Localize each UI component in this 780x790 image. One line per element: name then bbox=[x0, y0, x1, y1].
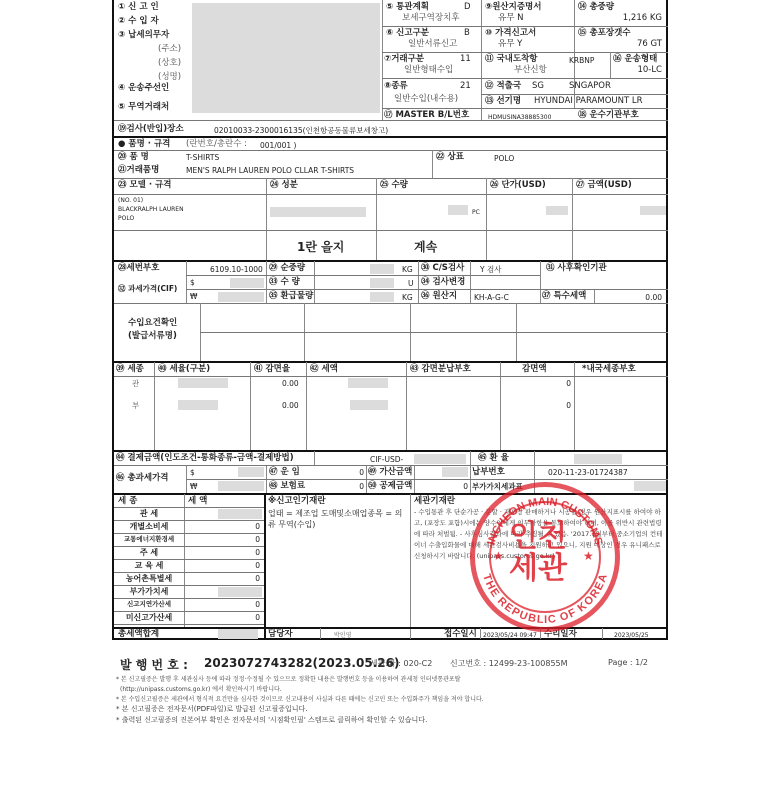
continued-label-2: 계속 bbox=[414, 240, 437, 254]
trade-type-value: 일반형태수입 bbox=[404, 65, 453, 76]
export-country-label: ⑫ 적출국 bbox=[485, 81, 521, 92]
summary-row-type: 교 육 세 bbox=[116, 560, 182, 571]
col-model: ㉓ 모델 · 규격 bbox=[118, 180, 171, 191]
freight-value: 0 bbox=[344, 467, 364, 478]
requirement-sub: (발급서류명) bbox=[128, 331, 177, 342]
trader-label: ⑤ 무역거래처 bbox=[118, 102, 169, 113]
currency-usd: $ bbox=[190, 277, 195, 288]
quantity-label: ㉝ 수 량 bbox=[269, 277, 300, 288]
redacted-krw bbox=[218, 481, 264, 491]
summary-row-amount: 0 bbox=[188, 599, 260, 610]
declarant-note: 업태 = 제조업 도매및소매업종목 = 의류 무역(수입) bbox=[268, 508, 408, 530]
footer-note: * 본 수입신고필증은 세관에서 형식적 요건만을 심사한 것이므로 신고내용이… bbox=[116, 694, 484, 703]
requirement-label: 수입요건확인 bbox=[128, 318, 177, 329]
decl-type-value: 일반서류신고 bbox=[408, 39, 457, 50]
redacted-rate bbox=[178, 378, 228, 388]
summary-row-amount: 0 bbox=[188, 612, 260, 623]
redacted-unit-price bbox=[546, 206, 568, 215]
freight-label: ㊼ 운 임 bbox=[269, 467, 300, 478]
trade-name-label: ㉑거래품명 bbox=[118, 165, 159, 176]
vessel-label: ⑬ 선기명 bbox=[485, 96, 521, 107]
issue-label: 발 행 번 호 : bbox=[120, 656, 188, 673]
redacted-addition bbox=[442, 467, 468, 477]
duty-row-reduction-rate: 0.00 bbox=[282, 378, 299, 389]
packages-label: ⑮ 총포장갯수 bbox=[578, 28, 631, 39]
cs-value: Y 검사 bbox=[480, 264, 501, 275]
redacted-exchange-rate bbox=[574, 454, 622, 464]
model-line: (NO. 01) bbox=[118, 196, 143, 205]
customs-seal-stamp: INCHEON MAIN CUSTOMS THE REPUBLIC OF KOR… bbox=[470, 482, 620, 632]
address-label: (주소) bbox=[158, 44, 181, 55]
duty-row-type: 관 bbox=[132, 378, 139, 389]
decl-number: 신고번호 : 12499-23-100855M bbox=[450, 658, 568, 669]
deduction-value: 0 bbox=[448, 481, 468, 492]
received-label: 접수일시 bbox=[444, 629, 477, 640]
declarant-note-label: ※신고인기재란 bbox=[268, 496, 326, 507]
redacted-qty bbox=[448, 205, 468, 215]
export-country-code: SG bbox=[532, 81, 544, 92]
redacted-tax-amount bbox=[350, 400, 388, 410]
stamp-center-line-2: 세관 bbox=[509, 553, 567, 585]
item-section-sub: (란번호/총란수 : bbox=[186, 139, 247, 150]
transport-label: ⑯ 운송형태 bbox=[613, 54, 657, 65]
duty-row-reduction-amount: 0 bbox=[554, 378, 571, 389]
decl-type-code: B bbox=[464, 28, 470, 39]
decl-type-label: ⑥ 신고구분 bbox=[386, 28, 429, 39]
footer-note: * 본 신고필증은 발행 후 세관심사 등에 따라 정정·수정될 수 있으므로 … bbox=[116, 674, 461, 683]
col-unit-price: ㉖ 단가(USD) bbox=[490, 180, 546, 191]
col-internal-code: *내국세종부호 bbox=[582, 364, 636, 375]
settlement-value: CIF-USD- bbox=[370, 454, 403, 465]
price-decl-value: 유무 Y bbox=[498, 39, 522, 50]
quantity-unit: U bbox=[408, 278, 414, 289]
net-weight-label: ㉙ 순중량 bbox=[269, 263, 305, 274]
forwarder-label: ④ 운송주선인 bbox=[118, 83, 169, 94]
summary-row-type: 관 세 bbox=[116, 508, 182, 519]
model-line: POLO bbox=[118, 214, 134, 223]
clearance-plan-label: ⑤ 통관계획 bbox=[386, 2, 429, 13]
total-tax-label: 총세액합계 bbox=[118, 629, 159, 640]
summary-row-type: 농어촌특별세 bbox=[116, 573, 182, 584]
inspection-value: 02010033-2300016135(인천항공동물류보세창고) bbox=[214, 125, 388, 136]
hs-value: 6109.10-1000 bbox=[210, 264, 263, 275]
footer-note: (http://unipass.customs.go.kr) 에서 확인하시기 … bbox=[120, 684, 282, 693]
insurance-label: ㊽ 보험료 bbox=[269, 481, 305, 492]
post-check-label: ㉛ 사후확인기관 bbox=[546, 263, 607, 274]
footer-note: * 출력된 신고필증의 진본여부 확인은 전자문서의 '시점확인필' 스템프로 … bbox=[116, 715, 427, 725]
importer-label: ② 수 입 자 bbox=[118, 16, 159, 27]
gross-weight-label: ⑭ 총중량 bbox=[578, 2, 614, 13]
item-name-value: T-SHIRTS bbox=[186, 152, 219, 163]
brand-value: POLO bbox=[494, 153, 514, 164]
redacted-usd bbox=[238, 467, 264, 477]
currency-usd: $ bbox=[190, 467, 195, 478]
summary-row-type: 교통에너지환경세 bbox=[116, 534, 182, 545]
qty-unit: PC bbox=[472, 207, 480, 218]
taxable-price-label: ㉜ 과세가격(CIF) bbox=[118, 283, 177, 294]
col-summary-type: 세 종 bbox=[118, 496, 137, 507]
redacted-rate bbox=[178, 400, 218, 410]
payment-no-value: 020-11-23-01724387 bbox=[548, 467, 628, 478]
special-tax-label: ㊲ 특수세액 bbox=[542, 291, 586, 302]
hs-label: ㉘세번부호 bbox=[118, 263, 159, 274]
col-tax-type: ㊴ 세종 bbox=[116, 364, 144, 375]
accepted-value: 2023/05/25 bbox=[614, 630, 649, 641]
packages-value: 76 GT bbox=[637, 39, 662, 50]
summary-row-type: 부가가치세 bbox=[116, 586, 182, 597]
summary-row-type: 미신고가산세 bbox=[116, 612, 182, 623]
footer-note: * 본 신고필증은 전자문서(PDF파일)로 발급된 신고필증입니다. bbox=[116, 704, 307, 714]
customs-note-label: 세관기재란 bbox=[414, 496, 455, 507]
redacted-component bbox=[270, 207, 366, 217]
trade-name-value: MEN'S RALPH LAUREN POLO CLLAR T-SHIRTS bbox=[186, 165, 354, 176]
redacted-krw bbox=[218, 292, 264, 302]
duty-row-type: 부 bbox=[132, 400, 139, 411]
redacted-tax-amount bbox=[348, 378, 388, 388]
redacted-party-info bbox=[192, 3, 380, 113]
origin-value: KH-A-G-C bbox=[474, 292, 509, 303]
master-bl-value: HDMUSINA38885300 bbox=[488, 112, 551, 123]
col-rate: ㊵ 세율(구분) bbox=[158, 364, 210, 375]
exchange-label: ㊺ 환 율 bbox=[478, 453, 509, 464]
clearance-plan-code: D bbox=[464, 2, 471, 13]
stamp-center-line-1: 인천 bbox=[509, 521, 567, 553]
insurance-value: 0 bbox=[344, 481, 364, 492]
officer-value: 박인영 bbox=[334, 630, 351, 641]
gross-weight-value: 1,216 KG bbox=[623, 13, 662, 24]
kind-label: ⑧종류 bbox=[384, 81, 408, 92]
model-line: BLACKRALPH LAUREN bbox=[118, 205, 184, 214]
currency-krw: ₩ bbox=[190, 481, 197, 492]
company-label: (상호) bbox=[158, 58, 181, 69]
item-name-label: ⑳ 품 명 bbox=[118, 152, 149, 163]
col-reduction-rate: ㊶ 감면율 bbox=[254, 364, 290, 375]
summary-row-amount: 0 bbox=[188, 547, 260, 558]
redacted-usd bbox=[230, 278, 264, 288]
customs-office: 세관.과 : 020-C2 bbox=[370, 658, 432, 669]
redacted-vat-base bbox=[634, 481, 666, 491]
cs-label: ㉚ C/S검사 bbox=[421, 263, 464, 274]
price-decl-label: ⑩ 가격신고서 bbox=[485, 28, 536, 39]
addition-label: ㊾ 가산금액 bbox=[368, 467, 412, 478]
trade-type-label: ⑦거래구분 bbox=[384, 54, 424, 65]
redacted-summary-amount bbox=[218, 587, 262, 597]
payment-no-label: 납부번호 bbox=[472, 467, 505, 478]
col-tax-amount: ㊷ 세액 bbox=[310, 364, 338, 375]
received-value: 2023/05/24 09:47 bbox=[483, 630, 537, 641]
redacted-net-weight bbox=[370, 264, 394, 274]
trade-type-code: 11 bbox=[460, 54, 471, 65]
stamp-star-icon: ★ bbox=[493, 549, 504, 563]
summary-row-amount: 0 bbox=[188, 521, 260, 532]
summary-row-type: 개별소비세 bbox=[116, 521, 182, 532]
redacted-amount bbox=[640, 206, 666, 215]
redacted-total-tax bbox=[218, 629, 258, 639]
origin-cert-value: 유무 N bbox=[498, 13, 523, 24]
settlement-label: ㊹ 결제금액(인도조건-통화종류-금액-결제방법) bbox=[116, 453, 294, 464]
transport-value: 10-LC bbox=[637, 65, 662, 76]
vessel-value: HYUNDAI PARAMOUNT LR bbox=[534, 96, 643, 107]
summary-row-amount: 0 bbox=[188, 573, 260, 584]
currency-krw: ₩ bbox=[190, 291, 197, 302]
brand-label: ㉒ 상표 bbox=[436, 152, 464, 163]
arrival-port-code: KRBNP bbox=[569, 55, 594, 66]
special-tax-value: 0.00 bbox=[645, 292, 662, 303]
refund-label: ㉟ 환급물량 bbox=[269, 291, 313, 302]
redacted-summary-amount bbox=[218, 509, 262, 519]
summary-row-type: 주 세 bbox=[116, 547, 182, 558]
col-component: ㉔ 성분 bbox=[270, 180, 298, 191]
col-reduction-amount: 감면액 bbox=[522, 364, 547, 375]
duty-row-reduction-rate: 0.00 bbox=[282, 400, 299, 411]
inspection-label: ⑲검사(반입)장소 bbox=[118, 124, 184, 135]
declarant-label: ① 신 고 인 bbox=[118, 2, 159, 13]
col-amount: ㉗ 금액(USD) bbox=[576, 180, 632, 191]
inspection-change-label: ㉞ 검사변경 bbox=[421, 277, 465, 288]
clearance-plan-value: 보세구역장치후 bbox=[402, 13, 459, 24]
name-label: (성명) bbox=[158, 72, 181, 83]
col-summary-amount: 세 액 bbox=[188, 496, 207, 507]
net-weight-unit: KG bbox=[402, 264, 413, 275]
summary-row-amount: 0 bbox=[188, 560, 260, 571]
col-qty: ㉕ 수량 bbox=[380, 180, 408, 191]
origin-cert-label: ⑨원산지증명서 bbox=[485, 2, 541, 13]
taxpayer-label: ③ 납세의무자 bbox=[118, 30, 169, 41]
item-section-label: ● 품명 · 규격 bbox=[118, 139, 170, 150]
redacted-refund bbox=[370, 292, 394, 302]
arrival-port-value: 부산신항 bbox=[514, 65, 547, 76]
redacted-quantity bbox=[370, 278, 394, 288]
total-taxable-label: ㊻ 총과세가격 bbox=[116, 473, 169, 484]
continued-label-1: 1란 을지 bbox=[297, 240, 344, 254]
summary-row-amount: 0 bbox=[188, 534, 260, 545]
deduction-label: ㊿ 공제금액 bbox=[368, 481, 412, 492]
arrival-port-label: ⑪ 국내도착항 bbox=[485, 54, 538, 65]
refund-unit: KG bbox=[402, 292, 413, 303]
col-installment: ㊸ 감면분납부호 bbox=[410, 364, 471, 375]
summary-row-type: 신고지연가산세 bbox=[116, 599, 182, 610]
export-country-value: SNGAPOR bbox=[569, 81, 611, 92]
page-indicator: Page : 1/2 bbox=[608, 658, 648, 667]
redacted-settlement bbox=[414, 454, 466, 464]
stamp-star-icon: ★ bbox=[583, 549, 594, 563]
origin-label: ㊱ 원산지 bbox=[421, 291, 457, 302]
officer-label: 담당자 bbox=[268, 629, 293, 640]
kind-value: 일반수입(내수용) bbox=[394, 94, 458, 105]
duty-row-reduction-amount: 0 bbox=[554, 400, 571, 411]
kind-code: 21 bbox=[460, 81, 471, 92]
